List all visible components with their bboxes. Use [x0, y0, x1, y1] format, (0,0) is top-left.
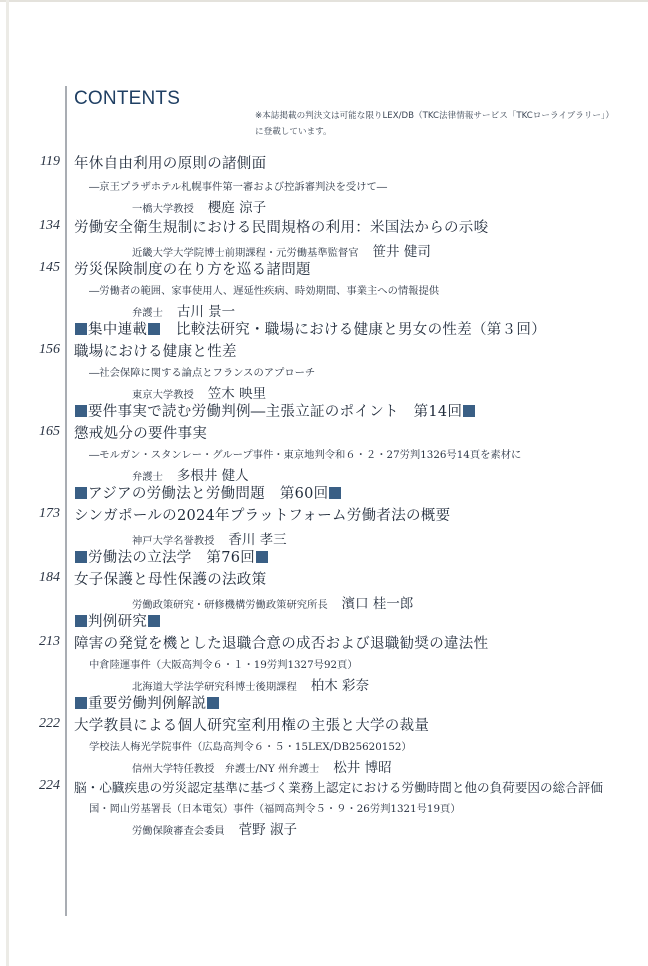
- section-label: 集中連載: [88, 322, 147, 338]
- author-line: 信州大学特任教授 弁護士/NY 州弁護士松井 博昭: [132, 756, 392, 776]
- author-name: 櫻庭 涼子: [208, 200, 266, 216]
- author-name: 菅野 淑子: [239, 822, 297, 838]
- author-name: 笹井 健司: [373, 244, 431, 260]
- square-marker-icon: [75, 405, 87, 417]
- square-marker-icon: [207, 697, 219, 709]
- page-number: 184: [20, 570, 60, 586]
- square-marker-icon: [148, 615, 160, 627]
- article-title[interactable]: 労働安全衛生規制における民間規格の利用：米国法からの示唆: [74, 216, 488, 237]
- section-label: 重要労働判例解説: [88, 696, 206, 712]
- section-label: 労働法の立法学 第76回: [88, 550, 255, 566]
- author-line: 労働保険審査会委員菅野 淑子: [132, 818, 297, 838]
- square-marker-icon: [329, 487, 341, 499]
- article-subtitle: 国・岡山労基署長（日本電気）事件（福岡高判令５・９・26労判1321号19頁）: [89, 800, 461, 815]
- author-name: 濱口 桂一郎: [342, 596, 414, 612]
- author-line: 北海道大学法学研究科博士後期課程柏木 彩奈: [132, 674, 369, 694]
- page-title: CONTENTS: [74, 88, 180, 110]
- page-number: 213: [20, 634, 60, 650]
- page-number: 222: [20, 716, 60, 732]
- scan-left-edge: [6, 0, 9, 966]
- section-label: 要件事実で読む労働判例―主張立証のポイント 第14回: [88, 404, 462, 420]
- page-number: 173: [20, 506, 60, 522]
- page-number: 119: [20, 154, 60, 170]
- author-line: 一橋大学教授櫻庭 涼子: [132, 196, 266, 216]
- author-line: 弁護士古川 景一: [132, 300, 235, 320]
- section-label: 判例研究: [88, 614, 147, 630]
- author-affiliation: 労働政策研究・研修機構労働政策研究所長: [132, 599, 328, 611]
- article-title[interactable]: 女子保護と母性保護の法政策: [74, 568, 266, 589]
- article-title[interactable]: 大学教員による個人研究室利用権の主張と大学の裁量: [74, 714, 429, 735]
- vertical-rule: [65, 86, 67, 916]
- author-affiliation: 一橋大学教授: [132, 203, 194, 215]
- page-number: 156: [20, 342, 60, 358]
- author-affiliation: 労働保険審査会委員: [132, 825, 225, 837]
- author-line: 東京大学教授笠木 映里: [132, 382, 266, 402]
- scan-top-edge: [0, 0, 648, 2]
- article-title[interactable]: 脳・心臓疾患の労災認定基準に基づく業務上認定における労働時間と他の負荷要因の総合…: [74, 777, 603, 796]
- section-suffix: 比較法研究・職場における健康と男女の性差（第３回）: [161, 322, 546, 338]
- author-name: 柏木 彩奈: [311, 678, 369, 694]
- author-line: 近畿大学大学院博士前期課程・元労働基準監督官笹井 健司: [132, 240, 431, 260]
- square-marker-icon: [75, 615, 87, 627]
- article-title[interactable]: 懲戒処分の要件事実: [74, 422, 207, 443]
- article-subtitle: 学校法人梅光学院事件（広島高判令６・５・15LEX/DB25620152）: [89, 738, 412, 753]
- article-title[interactable]: 年休自由利用の原則の諸側面: [74, 152, 266, 173]
- page-number: 134: [20, 218, 60, 234]
- article-subtitle: 中倉陸運事件（大阪高判令６・１・19労判1327号92頁）: [89, 656, 358, 671]
- section-label: アジアの労働法と労働問題 第60回: [88, 486, 328, 502]
- page-number: 165: [20, 424, 60, 440]
- author-line: 弁護士多根井 健人: [132, 464, 249, 484]
- page-number: 145: [20, 260, 60, 276]
- square-marker-icon: [75, 487, 87, 499]
- author-name: 松井 博昭: [333, 760, 391, 776]
- square-marker-icon: [75, 697, 87, 709]
- article-title[interactable]: 障害の発覚を機とした退職合意の成否および退職勧奨の違法性: [74, 632, 488, 653]
- square-marker-icon: [75, 323, 87, 335]
- author-line: 労働政策研究・研修機構労働政策研究所長濱口 桂一郎: [132, 592, 413, 612]
- square-marker-icon: [75, 551, 87, 563]
- lexdb-note: ※本誌掲載の判決文は可能な限りLEX/DB（TKC法律情報サービス「TKCローラ…: [255, 108, 615, 140]
- square-marker-icon: [148, 323, 160, 335]
- page-number: 224: [20, 778, 60, 794]
- author-line: 神戸大学名誉教授香川 孝三: [132, 528, 287, 548]
- article-subtitle: ―京王プラザホテル札幌事件第一審および控訴審判決を受けて―: [89, 178, 387, 193]
- square-marker-icon: [463, 405, 475, 417]
- article-subtitle: ―労働者の範囲、家事使用人、遅延性疾病、時効期間、事業主への情報提供: [89, 282, 439, 297]
- article-title[interactable]: シンガポールの2024年プラットフォーム労働者法の概要: [74, 504, 450, 525]
- square-marker-icon: [256, 551, 268, 563]
- author-affiliation: 信州大学特任教授 弁護士/NY 州弁護士: [132, 763, 319, 775]
- article-title[interactable]: 職場における健康と性差: [74, 340, 237, 361]
- article-subtitle: ―モルガン・スタンレー・グループ事件・東京地判令和６・２・27労判1326号14…: [89, 446, 521, 461]
- article-subtitle: ―社会保障に関する論点とフランスのアプローチ: [89, 364, 315, 379]
- article-title[interactable]: 労災保険制度の在り方を巡る諸問題: [74, 258, 311, 279]
